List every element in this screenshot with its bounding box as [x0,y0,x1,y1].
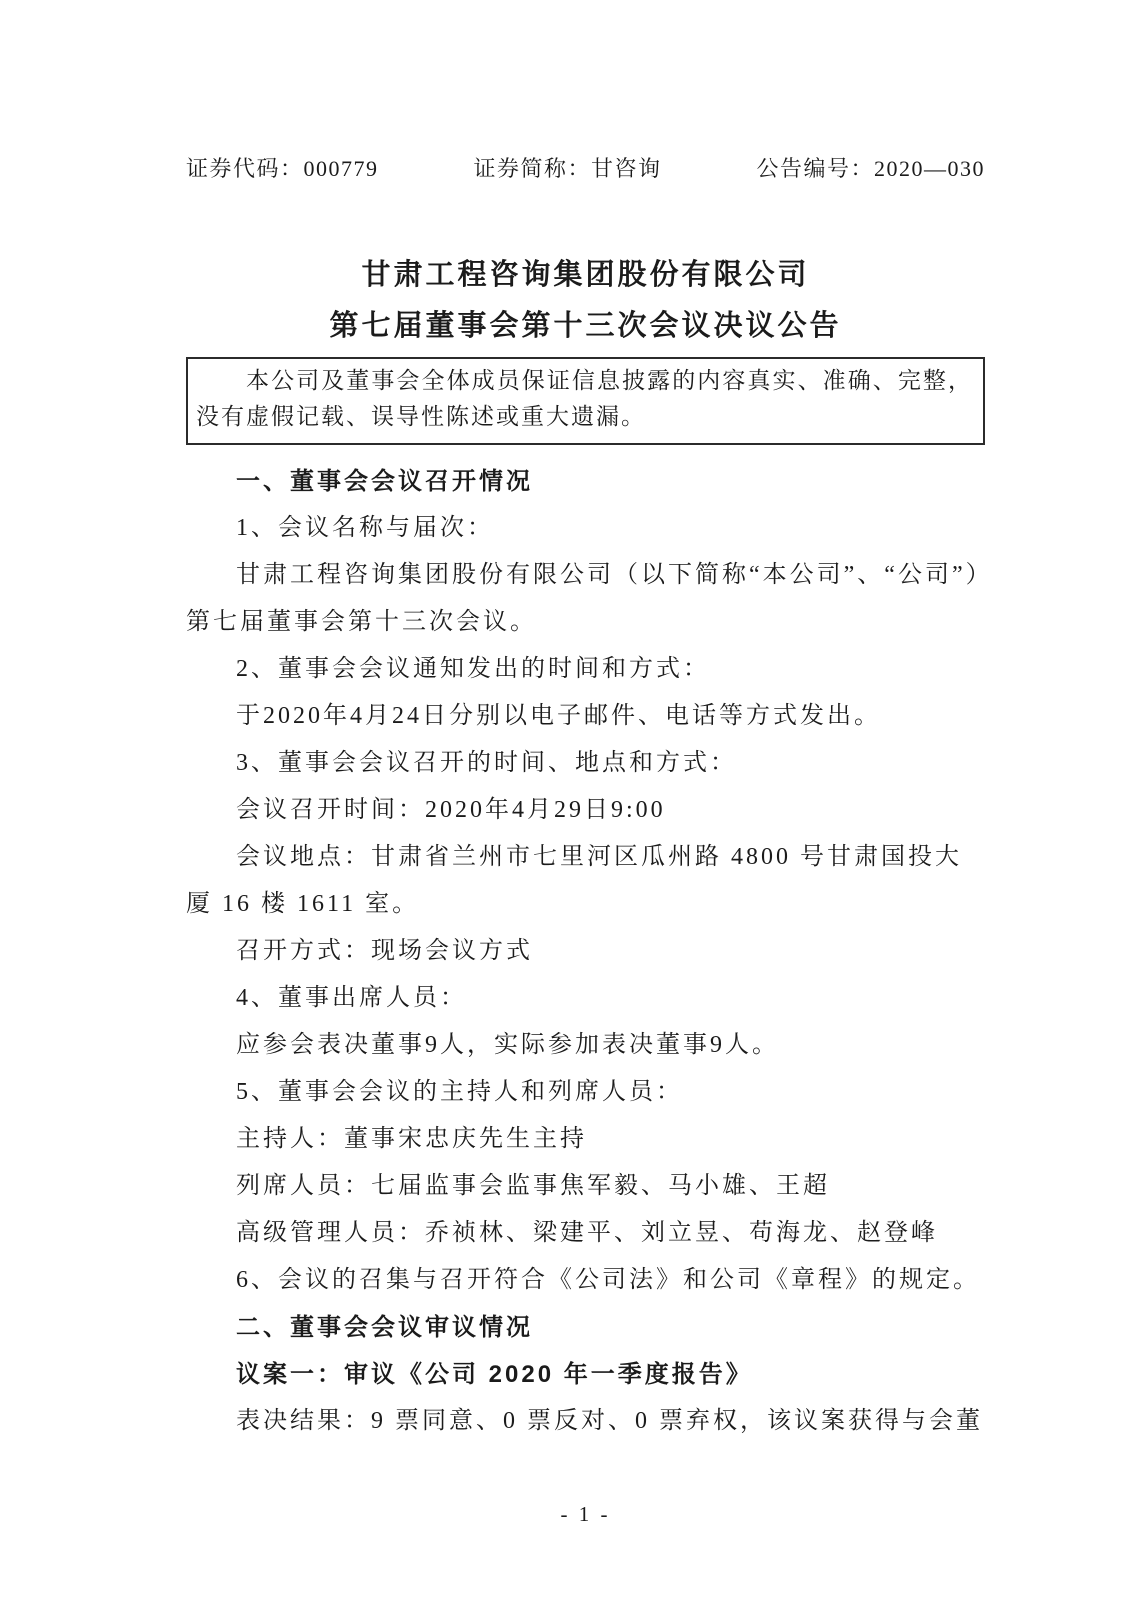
body-line: 应参会表决董事9人，实际参加表决董事9人。 [186,1022,985,1069]
body-line: 4、董事出席人员： [186,975,985,1022]
meeting-resolution-title: 第七届董事会第十三次会议决议公告 [186,301,985,352]
body-line: 主持人：董事宋忠庆先生主持 [186,1116,985,1163]
body-line: 于2020年4月24日分别以电子邮件、电话等方式发出。 [186,693,985,740]
document-body: 一、董事会会议召开情况1、会议名称与届次：甘肃工程咨询集团股份有限公司（以下简称… [186,458,985,1445]
body-line: 一、董事会会议召开情况 [186,458,985,505]
disclaimer-text: 本公司及董事会全体成员保证信息披露的内容真实、准确、完整，没有虚假记载、误导性陈… [196,368,973,429]
announcement-number: 公告编号：2020—030 [756,156,985,182]
page-number: - 1 - [186,1501,985,1527]
body-line: 列席人员：七届监事会监事焦军毅、马小雄、王超 [186,1163,985,1210]
document-page: 证券代码：000779 证券简称：甘咨询 公告编号：2020—030 甘肃工程咨… [0,0,1131,1600]
body-line: 高级管理人员：乔祯林、梁建平、刘立昱、苟海龙、赵登峰 [186,1210,985,1257]
stock-abbreviation: 证券简称：甘咨询 [473,156,661,182]
body-line: 召开方式：现场会议方式 [186,928,985,975]
body-line: 6、会议的召集与召开符合《公司法》和公司《章程》的规定。 [186,1257,985,1304]
document-title: 甘肃工程咨询集团股份有限公司 第七届董事会第十三次会议决议公告 [186,250,985,352]
body-line: 3、董事会会议召开的时间、地点和方式： [186,740,985,787]
body-line: 表决结果：9 票同意、0 票反对、0 票弃权，该议案获得与会董 [186,1398,985,1445]
disclaimer-box: 本公司及董事会全体成员保证信息披露的内容真实、准确、完整，没有虚假记载、误导性陈… [186,357,985,445]
body-line: 二、董事会会议审议情况 [186,1304,985,1351]
body-line: 会议召开时间：2020年4月29日9:00 [186,787,985,834]
securities-header-row: 证券代码：000779 证券简称：甘咨询 公告编号：2020—030 [186,156,985,182]
body-line: 2、董事会会议通知发出的时间和方式： [186,646,985,693]
body-line: 第七届董事会第十三次会议。 [186,599,985,646]
stock-code: 证券代码：000779 [186,156,379,182]
company-name-title: 甘肃工程咨询集团股份有限公司 [186,250,985,301]
body-line: 5、董事会会议的主持人和列席人员： [186,1069,985,1116]
body-line: 甘肃工程咨询集团股份有限公司（以下简称“本公司”、“公司”） [186,552,985,599]
body-line: 会议地点：甘肃省兰州市七里河区瓜州路 4800 号甘肃国投大 [186,834,985,881]
body-line: 1、会议名称与届次： [186,505,985,552]
body-line: 议案一：审议《公司 2020 年一季度报告》 [186,1351,985,1398]
body-line: 厦 16 楼 1611 室。 [186,881,985,928]
